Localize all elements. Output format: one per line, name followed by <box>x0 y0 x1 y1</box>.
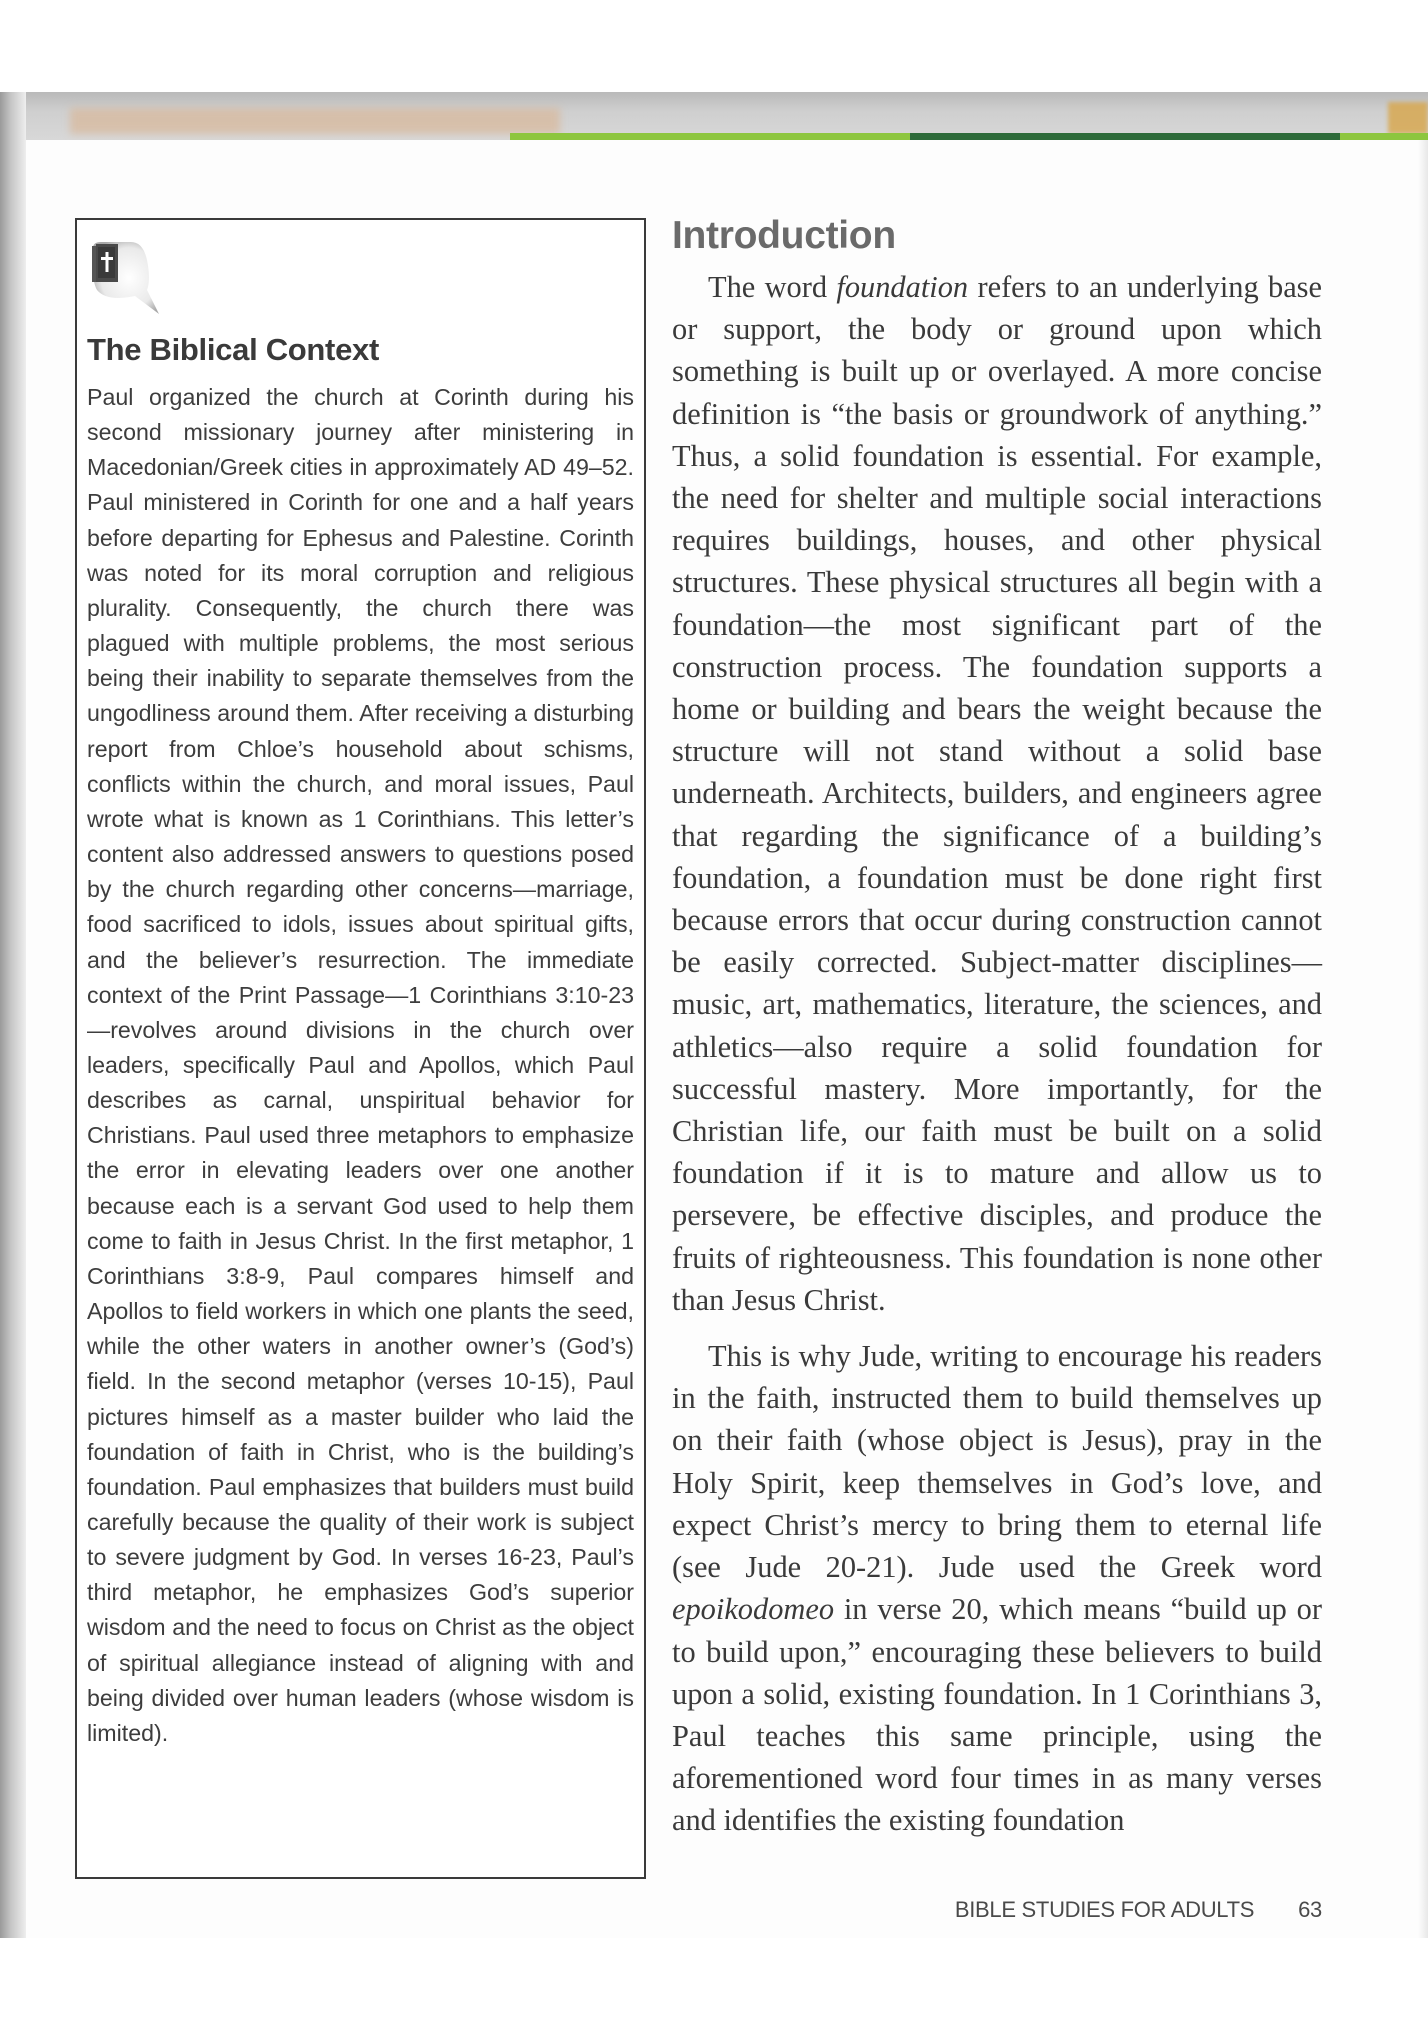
paragraph: This is why Jude, writing to encourage h… <box>672 1335 1322 1841</box>
bible-speech-bubble-icon <box>87 240 167 320</box>
scan-shadow <box>70 108 560 134</box>
header-color-strip <box>510 133 1428 140</box>
page-number: 63 <box>1298 1897 1322 1922</box>
text-run: The word <box>708 270 836 304</box>
page-edge <box>1418 140 1428 1938</box>
text-run: refers to an underlying base or support,… <box>672 270 1322 1317</box>
scan-shadow <box>1388 102 1428 134</box>
header-color-strip-dark <box>910 133 1340 140</box>
section-heading: Introduction <box>672 212 1322 260</box>
biblical-context-sidebar: The Biblical Context Paul organized the … <box>75 218 646 1879</box>
main-column: Introduction The word foundation refers … <box>672 212 1322 1842</box>
publication-title: BIBLE STUDIES FOR ADULTS <box>955 1897 1254 1922</box>
italic-term: epoikodomeo <box>672 1592 834 1626</box>
sidebar-body: Paul organized the church at Corinth dur… <box>87 380 634 1751</box>
italic-term: foundation <box>836 270 968 304</box>
text-run: in verse 20, which means “build up or to… <box>672 1592 1322 1837</box>
binding-gutter <box>0 92 26 1938</box>
paragraph: The word foundation refers to an underly… <box>672 266 1322 1321</box>
text-run: This is why Jude, writing to encourage h… <box>672 1339 1322 1584</box>
page-footer: BIBLE STUDIES FOR ADULTS63 <box>955 1897 1322 1923</box>
sidebar-title: The Biblical Context <box>87 332 379 368</box>
